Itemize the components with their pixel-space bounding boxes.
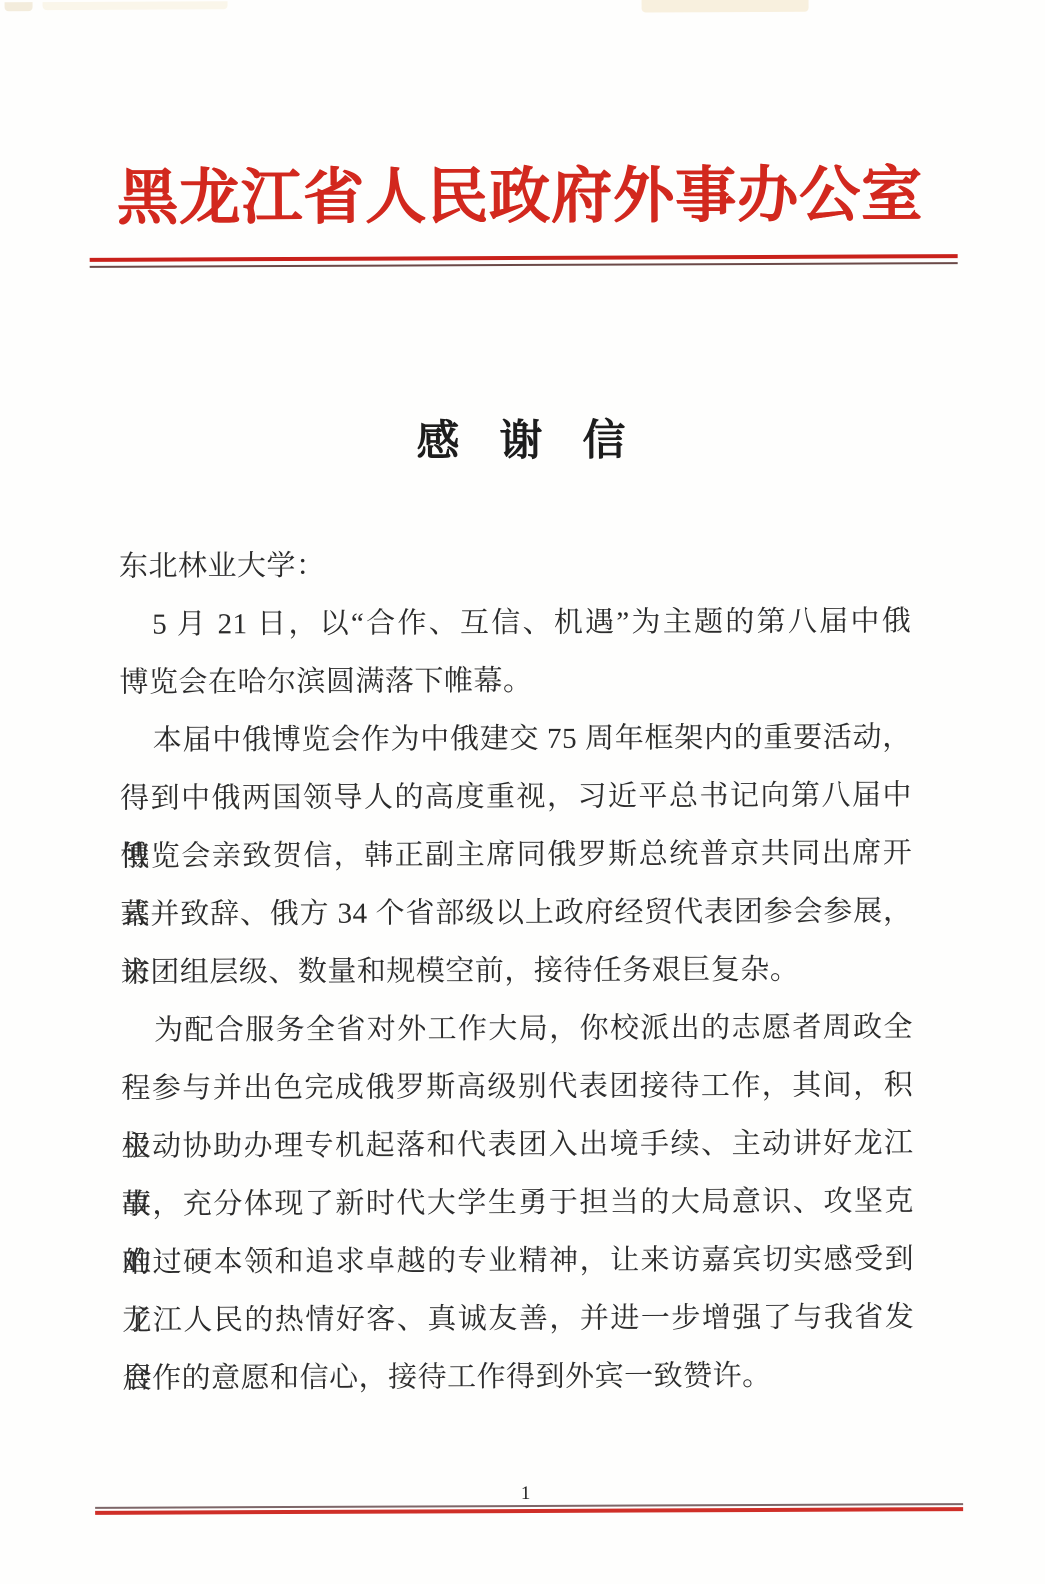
body-line: 程参与并出色完成俄罗斯高级别代表团接待工作，其间，积极 — [121, 1056, 913, 1117]
body-line: 主动协助办理专机起落和代表团入出境手续、主动讲好龙江故 — [121, 1114, 913, 1175]
body-line: 本届中俄博览会作为中俄建交 75 周年框架内的重要活动， — [120, 708, 912, 769]
body-line: 访团组层级、数量和规模空前，接待任务艰巨复杂。 — [121, 940, 913, 1001]
salutation-line: 东北林业大学： — [119, 534, 911, 595]
document-title: 感谢信 — [0, 415, 1044, 470]
body-line: 博览会亲致贺信，韩正副主席同俄罗斯总统普京共同出席开幕 — [120, 824, 912, 885]
body-line: 合作的意愿和信心，接待工作得到外宾一致赞许。 — [122, 1346, 914, 1407]
body-line: 博览会在哈尔滨圆满落下帷幕。 — [119, 650, 911, 711]
letterhead-rule — [90, 254, 958, 268]
body-line: 5 月 21 日，以“合作、互信、机遇”为主题的第八届中俄 — [119, 592, 911, 653]
scan-artifact — [642, 0, 809, 12]
body-line: 得到中俄两国领导人的高度重视，习近平总书记向第八届中俄 — [120, 766, 912, 827]
body-line: 为配合服务全省对外工作大局，你校派出的志愿者周政全 — [121, 998, 913, 1059]
letterhead-title: 黑龙江省人民政府外事办公室 — [0, 151, 1043, 246]
scan-artifact — [5, 2, 33, 11]
body-line: 的过硬本领和追求卓越的专业精神，让来访嘉宾切实感受到了 — [122, 1230, 914, 1291]
body-line: 事，充分体现了新时代大学生勇于担当的大局意识、攻坚克难 — [122, 1172, 914, 1233]
letter-body: 东北林业大学： 5 月 21 日，以“合作、互信、机遇”为主题的第八届中俄 博览… — [119, 534, 915, 1407]
body-line: 龙江人民的热情好客、真诚友善，并进一步增强了与我省发展 — [122, 1288, 914, 1349]
letter-sheet: 黑龙江省人民政府外事办公室 感谢信 东北林业大学： 5 月 21 日，以“合作、… — [0, 0, 1045, 1584]
body-line: 式并致辞、俄方 34 个省部级以上政府经贸代表团参会参展，来 — [120, 882, 912, 943]
scan-artifact — [43, 1, 228, 10]
scanned-letter-page: 黑龙江省人民政府外事办公室 感谢信 东北林业大学： 5 月 21 日，以“合作、… — [0, 0, 1045, 1584]
